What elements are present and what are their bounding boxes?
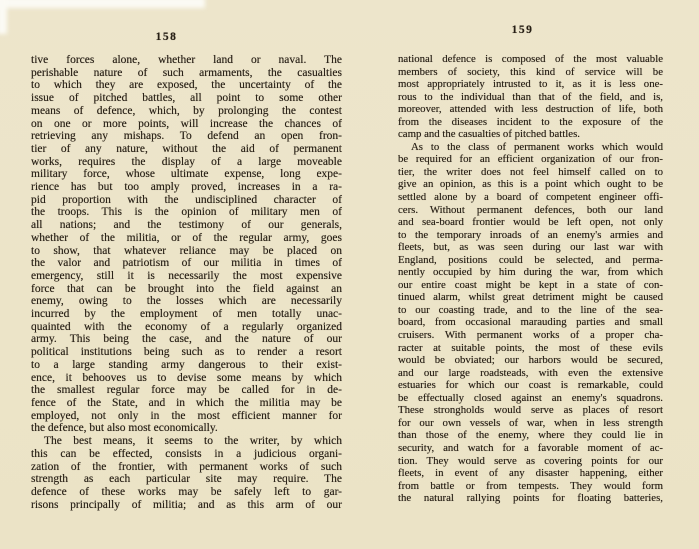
text-line: rience has but too amply proved, increas… — [31, 181, 342, 194]
text-line: to a large standing army dangerous to th… — [31, 359, 342, 372]
text-line: for our own vessels of war, when in less… — [398, 417, 663, 430]
text-line: from battle or from tempests. They would… — [398, 480, 663, 493]
text-line: than those of the enemy, where they coul… — [398, 429, 663, 442]
text-line: would be obviated; our harbors would be … — [398, 354, 663, 367]
text-line: give an opinion, as this is a point whic… — [398, 178, 663, 191]
text-line: enemy, owing to the losses which are nec… — [31, 295, 342, 308]
text-line: ence, it behooves us to devise some mean… — [31, 372, 342, 385]
text-line: As to the class of permanent works which… — [398, 141, 663, 154]
text-line: to show, that whatever reliance may be p… — [31, 245, 342, 258]
text-line: on one or more points, will increase the… — [31, 118, 342, 131]
text-line: be effectually closed against an enemy's… — [398, 392, 663, 405]
text-line: most appropriately intrusted to it, as i… — [398, 78, 663, 91]
text-line: zation of the frontier, with permanent w… — [31, 461, 342, 474]
scan-edge-artifact-left — [0, 0, 7, 34]
text-line: national defence is composed of the most… — [398, 53, 663, 66]
text-line: cers. Without permanent defences, both o… — [398, 204, 663, 217]
text-line: to which they are exposed, the uncertain… — [31, 79, 342, 92]
scan-edge-artifact-top — [0, 0, 205, 8]
text-line: whether of the militia, or of the regula… — [31, 232, 342, 245]
text-line: board, from occasional marauding parties… — [398, 316, 663, 329]
text-line: from the diseases incident to the exposu… — [398, 116, 663, 129]
text-line: risons principally of militia; and as th… — [31, 499, 342, 512]
text-line: tion. They would serve as covering point… — [398, 455, 663, 468]
text-line: tier, the writer does not feel himself c… — [398, 166, 663, 179]
text-line: perishable nature of such armaments, the… — [31, 67, 342, 80]
text-line: retrieving any mishaps. To defend an ope… — [31, 130, 342, 143]
text-line: fence of the State, and in which the mil… — [31, 397, 342, 410]
text-line: all nations; and the testimony of our ge… — [31, 219, 342, 232]
page-number-left: 158 — [11, 32, 322, 43]
text-line: camp and the casualties of pitched battl… — [398, 128, 663, 141]
text-line: defence of these works may be safely lef… — [31, 486, 342, 499]
text-line: settled alone by a board of competent en… — [398, 191, 663, 204]
text-line: emergency, still it is necessarily the m… — [31, 270, 342, 283]
text-line: the smallest regular force may be called… — [31, 384, 342, 397]
text-line: and our large roadsteads, with even the … — [398, 367, 663, 380]
text-line: force that can be brought into the field… — [31, 283, 342, 296]
text-line: to the temporary inroads of an enemy's a… — [398, 229, 663, 242]
text-line: members of society, this kind of service… — [398, 66, 663, 79]
text-line: estuaries for which our coast is remarka… — [398, 379, 663, 392]
text-line: strength as each particular site may req… — [31, 473, 342, 486]
text-line: nently occupied by him during the war, f… — [398, 266, 663, 279]
text-line: The best means, it seems to the writer, … — [31, 435, 342, 448]
text-line: England, positions could be selected, an… — [398, 254, 663, 267]
text-line: means of defence, which, by prolonging t… — [31, 105, 342, 118]
text-line: the troops. This is the opinion of milit… — [31, 206, 342, 219]
text-line: fleets, in event of any disaster happeni… — [398, 467, 663, 480]
text-line: incurred by the employment of men totall… — [31, 308, 342, 321]
text-line: be required for an efficient organizatio… — [398, 153, 663, 166]
text-line: moreover, attended with less destruction… — [398, 103, 663, 116]
text-line: quainted with the economy of a regularly… — [31, 321, 342, 334]
text-line: tier of any nature, without the aid of p… — [31, 143, 342, 156]
text-line: tive forces alone, whether land or naval… — [31, 54, 342, 67]
text-line: racter at suitable points, the most of t… — [398, 342, 663, 355]
text-line: rous to the individual than that of the … — [398, 91, 663, 104]
text-line: works, requires the display of a large m… — [31, 156, 342, 169]
text-line: our entire coast might be kept in a stat… — [398, 279, 663, 292]
text-line: the natural rallying points for floating… — [398, 492, 663, 505]
page-text-left: tive forces alone, whether land or naval… — [31, 54, 342, 511]
page-text-right: national defence is composed of the most… — [398, 53, 663, 505]
text-line: employed, not only in the most efficient… — [31, 410, 342, 423]
text-line: to our coasting trade, and to the line o… — [398, 304, 663, 317]
text-line: pid proportion with the undisciplined ch… — [31, 194, 342, 207]
text-line: this can be effected, consists in a judi… — [31, 448, 342, 461]
text-line: cruisers. With permanent works of a prop… — [398, 329, 663, 342]
text-line: army. This being the case, and the natur… — [31, 333, 342, 346]
page-number-right: 159 — [390, 25, 655, 36]
text-line: and sea-board frontier would be left ope… — [398, 216, 663, 229]
text-line: These strongholds would serve as places … — [398, 404, 663, 417]
text-line: military force, whose ultimate expense, … — [31, 168, 342, 181]
book-spread: 158 tive forces alone, whether land or n… — [0, 0, 699, 549]
text-line: the defence, but also most economically. — [31, 422, 342, 435]
text-line: fleets, but, as was seen during our last… — [398, 241, 663, 254]
text-line: political institutions being such as to … — [31, 346, 342, 359]
page-158: 158 tive forces alone, whether land or n… — [31, 32, 342, 511]
text-line: tinued alarm, whilst great detriment mig… — [398, 291, 663, 304]
text-line: security, and watch for a favorable mome… — [398, 442, 663, 455]
text-line: the valor and patriotism of our militia … — [31, 257, 342, 270]
text-line: issue of pitched battles, all point to s… — [31, 92, 342, 105]
page-159: 159 national defence is composed of the … — [398, 25, 663, 505]
